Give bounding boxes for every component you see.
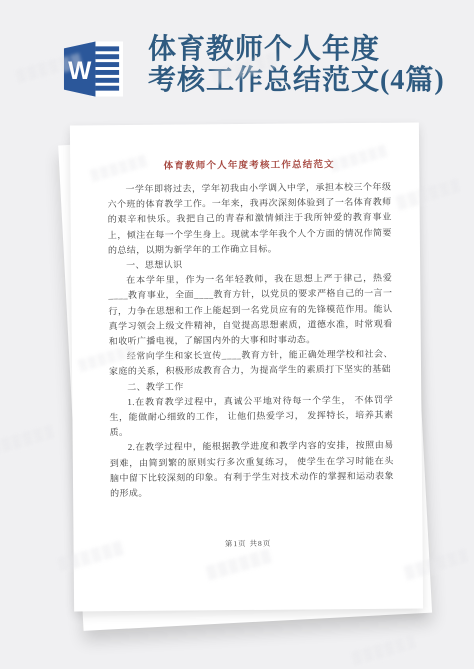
page-number: 第1页 共8页 <box>73 536 422 550</box>
svg-text:W: W <box>68 58 92 85</box>
page-title: 体育教师个人年度 考核工作总结范文(4篇) <box>148 34 445 96</box>
paragraph: 经常向学生和家长宣传____教育方针，能正确处理学校和社会、家庭的关系，积极形成… <box>109 347 393 380</box>
paragraph: 1.在教育教学过程中，真诚公平地对待每一个学生， 不体罚学生，能做耐心细致的工作… <box>109 393 393 441</box>
page-title-line1: 体育教师个人年度 <box>148 34 445 65</box>
paragraph: 2.在教学过程中，能根据教学进度和教学内容的安排，按照由易到难，由简到繁的原则实… <box>110 438 395 501</box>
page-title-line2: 考核工作总结范文(4篇) <box>148 65 445 96</box>
document-title: 体育教师个人年度考核工作总结范文 <box>107 156 391 172</box>
paragraph: 在本学年里，作为一名年轻教师，我在思想上严于律己，热爱____教育事业，全面__… <box>108 271 393 349</box>
paragraph-intro: 一学年即将过去，学年初我由小学调入中学，承担本校三个年级六个班的体育教学工作。一… <box>107 180 392 258</box>
document-preview: 体育教师个人年度考核工作总结范文 一学年即将过去，学年初我由小学调入中学，承担本… <box>72 124 421 610</box>
template-preview: ▒▒▒▒▒▒ ▒▒▒▒▒▒ ▒▒▒▒▒▒ ▒▒▒▒▒▒ ▒▒▒▒▒▒ ▒▒▒▒▒… <box>0 0 474 669</box>
document-page: 体育教师个人年度考核工作总结范文 一学年即将过去，学年初我由小学调入中学，承担本… <box>70 122 423 611</box>
watermark: ▒▒▒▒▒▒ <box>0 423 58 457</box>
word-icon: W <box>62 39 125 99</box>
watermark: ▒▒▒▒▒▒ <box>351 633 420 667</box>
header: W 体育教师个人年度 考核工作总结范文(4篇) <box>62 34 445 99</box>
